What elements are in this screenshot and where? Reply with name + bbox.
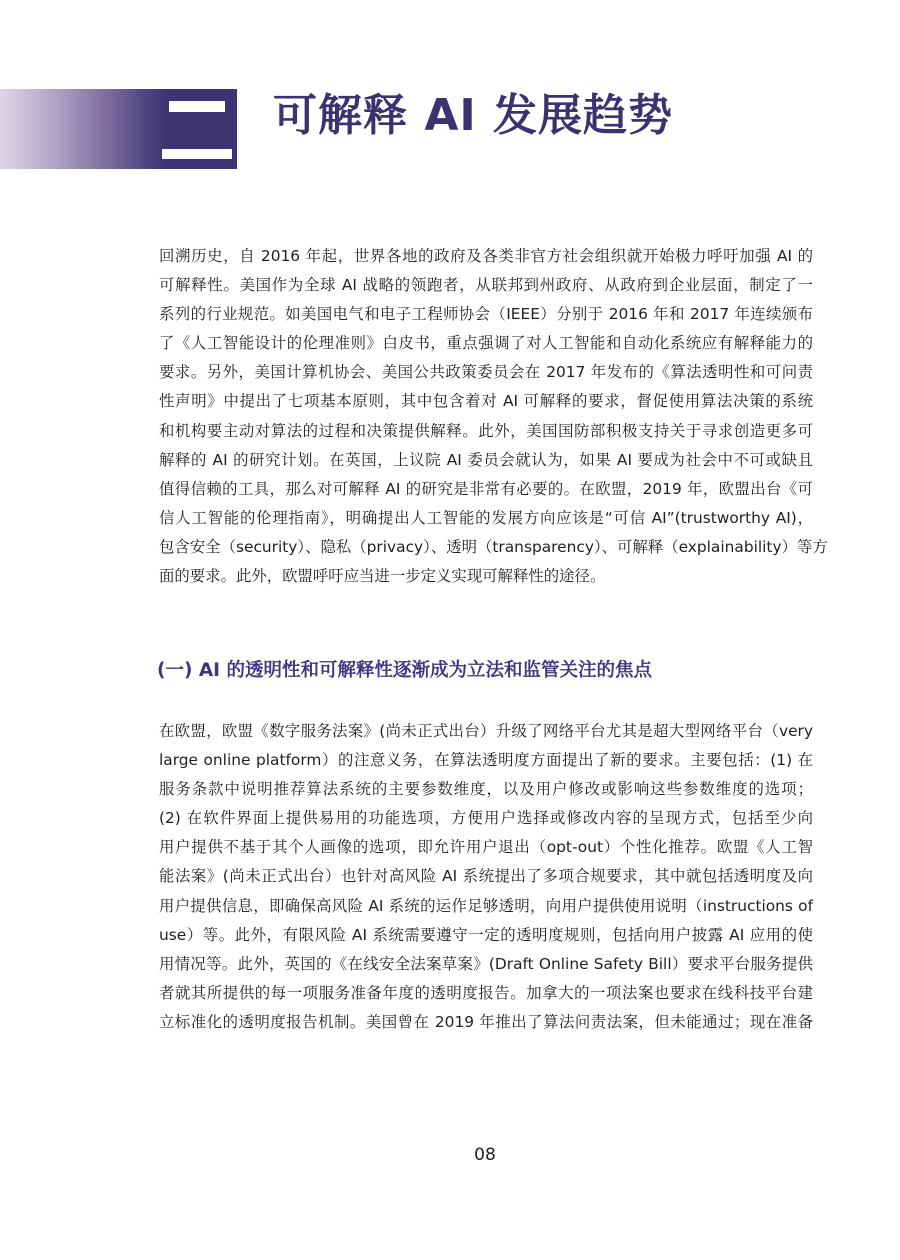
- paragraph-line: 解释的 AI 的研究计划。在英国，上议院 AI 委员会就认为，如果 AI 要成为…: [159, 446, 813, 475]
- paragraph-line: 回溯历史，自 2016 年起，世界各地的政府及各类非官方社会组织就开始极力呼吁加…: [159, 242, 813, 271]
- paragraph-line: 信人工智能的伦理指南》，明确提出人工智能的发展方向应该是“可信 AI”(trus…: [159, 504, 813, 533]
- paragraph-line: 用户提供不基于其个人画像的选项，即允许用户退出（opt-out）个性化推荐。欧盟…: [159, 833, 813, 862]
- chapter-numeral-bar-bottom: [162, 149, 232, 159]
- paragraph-line: 在欧盟，欧盟《数字服务法案》(尚未正式出台）升级了网络平台尤其是超大型网络平台（…: [159, 717, 813, 746]
- section-heading: (一) AI 的透明性和可解释性逐渐成为立法和监管关注的焦点: [157, 658, 652, 684]
- page-number: 08: [0, 1143, 900, 1167]
- paragraph-line: 和机构要主动对算法的过程和决策提供解释。此外，美国国防部积极支持关于寻求创造更多…: [159, 417, 813, 446]
- chapter-numeral-bar-top: [169, 101, 225, 112]
- chapter-title: 可解释 AI 发展趋势: [273, 86, 673, 146]
- paragraph-line: 能法案》(尚未正式出台）也针对高风险 AI 系统提出了多项合规要求，其中就包括透…: [159, 862, 813, 891]
- paragraph-line: 用户提供信息，即确保高风险 AI 系统的运作足够透明，向用户提供使用说明（ins…: [159, 892, 813, 921]
- paragraph-line: 包含安全（security）、隐私（privacy）、透明（transparen…: [159, 533, 813, 562]
- paragraph-line: 者就其所提供的每一项服务准备年度的透明度报告。加拿大的一项法案也要求在线科技平台…: [159, 979, 813, 1008]
- intro-paragraph: 回溯历史，自 2016 年起，世界各地的政府及各类非官方社会组织就开始极力呼吁加…: [159, 242, 813, 591]
- section-paragraph: 在欧盟，欧盟《数字服务法案》(尚未正式出台）升级了网络平台尤其是超大型网络平台（…: [159, 717, 813, 1037]
- paragraph-line: 可解释性。美国作为全球 AI 战略的领跑者，从联邦到州政府、从政府到企业层面，制…: [159, 271, 813, 300]
- paragraph-line: 性声明》中提出了七项基本原则，其中包含着对 AI 可解释的要求，督促使用算法决策…: [159, 387, 813, 416]
- paragraph-line: large online platform）的注意义务，在算法透明度方面提出了新…: [159, 746, 813, 775]
- paragraph-line: 服务条款中说明推荐算法系统的主要参数维度，以及用户修改或影响这些参数维度的选项；: [159, 775, 813, 804]
- paragraph-line: 面的要求。此外，欧盟呼吁应当进一步定义实现可解释性的途径。: [159, 562, 813, 591]
- chapter-number-banner: [0, 89, 237, 169]
- paragraph-line: 系列的行业规范。如美国电气和电子工程师协会（IEEE）分别于 2016 年和 2…: [159, 300, 813, 329]
- paragraph-line: 立标准化的透明度报告机制。美国曾在 2019 年推出了算法问责法案，但未能通过；…: [159, 1008, 813, 1037]
- paragraph-line: 了《人工智能设计的伦理准则》白皮书，重点强调了对人工智能和自动化系统应有解释能力…: [159, 329, 813, 358]
- paragraph-line: 用情况等。此外，英国的《在线安全法案草案》(Draft Online Safet…: [159, 950, 813, 979]
- paragraph-line: use）等。此外，有限风险 AI 系统需要遵守一定的透明度规则，包括向用户披露 …: [159, 921, 813, 950]
- paragraph-line: 要求。另外，美国计算机协会、美国公共政策委员会在 2017 年发布的《算法透明性…: [159, 358, 813, 387]
- paragraph-line: (2) 在软件界面上提供易用的功能选项，方便用户选择或修改内容的呈现方式，包括至…: [159, 804, 813, 833]
- paragraph-line: 值得信赖的工具，那么对可解释 AI 的研究是非常有必要的。在欧盟，2019 年，…: [159, 475, 813, 504]
